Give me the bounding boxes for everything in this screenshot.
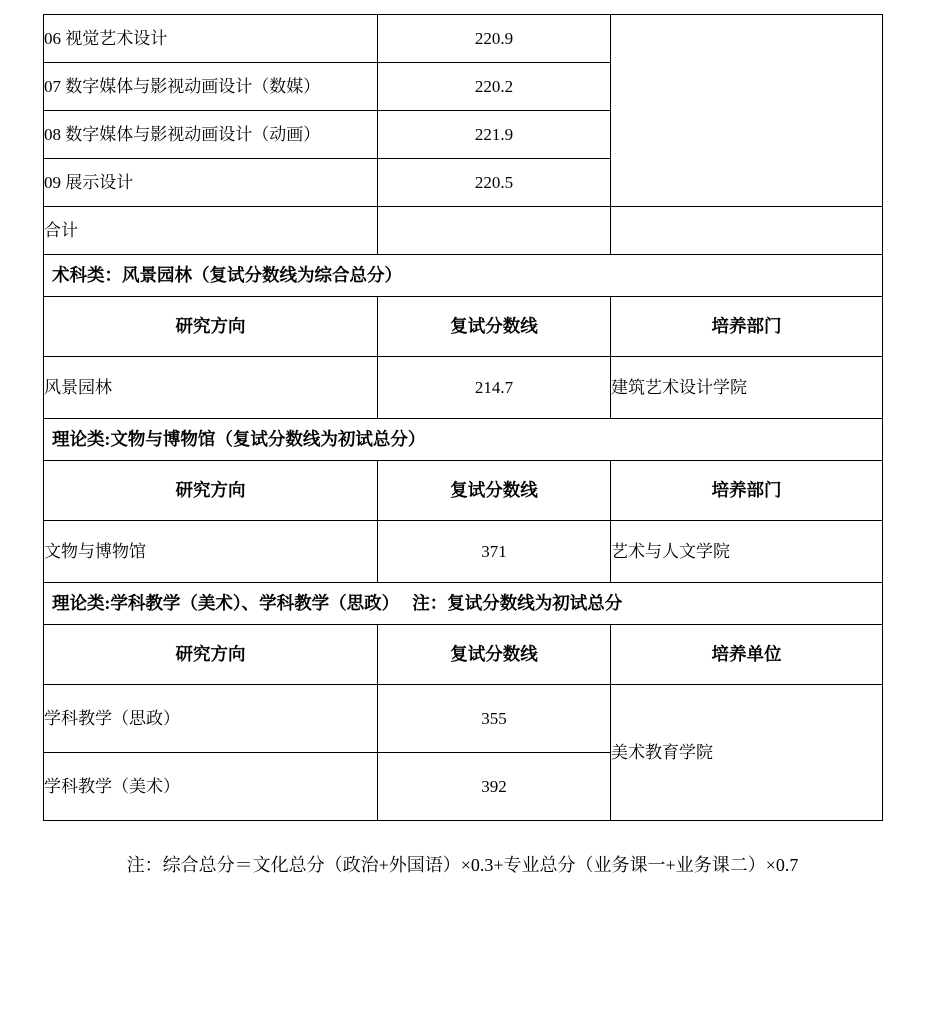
dept-cell-merged: 美术教育学院 bbox=[611, 685, 883, 821]
column-header-dept: 培养部门 bbox=[611, 297, 883, 357]
column-header-direction: 研究方向 bbox=[44, 461, 378, 521]
document-page: 06 视觉艺术设计 220.9 07 数字媒体与影视动画设计（数媒） 220.2… bbox=[0, 0, 925, 1026]
column-header-direction: 研究方向 bbox=[44, 625, 378, 685]
dept-cell-empty bbox=[611, 15, 883, 207]
column-header-row: 研究方向 复试分数线 培养单位 bbox=[44, 625, 883, 685]
score-cell: 392 bbox=[378, 753, 611, 821]
column-header-score: 复试分数线 bbox=[378, 461, 611, 521]
column-header-direction: 研究方向 bbox=[44, 297, 378, 357]
direction-cell: 学科教学（美术） bbox=[44, 753, 378, 821]
direction-cell: 学科教学（思政） bbox=[44, 685, 378, 753]
score-cell: 220.5 bbox=[378, 159, 611, 207]
direction-cell: 风景园林 bbox=[44, 357, 378, 419]
column-header-score: 复试分数线 bbox=[378, 625, 611, 685]
score-cell bbox=[378, 207, 611, 255]
column-header-unit: 培养单位 bbox=[611, 625, 883, 685]
direction-cell: 合计 bbox=[44, 207, 378, 255]
column-header-row: 研究方向 复试分数线 培养部门 bbox=[44, 297, 883, 357]
direction-cell: 文物与博物馆 bbox=[44, 521, 378, 583]
footnote: 注：综合总分＝文化总分（政治+外国语）×0.3+专业总分（业务课一+业务课二）×… bbox=[0, 850, 925, 880]
column-header-dept: 培养部门 bbox=[611, 461, 883, 521]
dept-cell-empty bbox=[611, 207, 883, 255]
score-cell: 371 bbox=[378, 521, 611, 583]
table-row: 学科教学（思政） 355 美术教育学院 bbox=[44, 685, 883, 753]
direction-cell: 06 视觉艺术设计 bbox=[44, 15, 378, 63]
score-cell: 220.9 bbox=[378, 15, 611, 63]
section-title: 理论类:学科教学（美术）、学科教学（思政） 注：复试分数线为初试总分 bbox=[44, 583, 883, 625]
dept-cell: 建筑艺术设计学院 bbox=[611, 357, 883, 419]
dept-cell: 艺术与人文学院 bbox=[611, 521, 883, 583]
section-title-row: 理论类:文物与博物馆（复试分数线为初试总分） bbox=[44, 419, 883, 461]
table-row: 06 视觉艺术设计 220.9 bbox=[44, 15, 883, 63]
column-header-row: 研究方向 复试分数线 培养部门 bbox=[44, 461, 883, 521]
direction-cell: 07 数字媒体与影视动画设计（数媒） bbox=[44, 63, 378, 111]
score-table: 06 视觉艺术设计 220.9 07 数字媒体与影视动画设计（数媒） 220.2… bbox=[43, 14, 883, 821]
score-cell: 220.2 bbox=[378, 63, 611, 111]
table-row: 文物与博物馆 371 艺术与人文学院 bbox=[44, 521, 883, 583]
section-title-row: 理论类:学科教学（美术）、学科教学（思政） 注：复试分数线为初试总分 bbox=[44, 583, 883, 625]
section-title: 术科类：风景园林（复试分数线为综合总分） bbox=[44, 255, 883, 297]
table-row-total: 合计 bbox=[44, 207, 883, 255]
direction-cell: 08 数字媒体与影视动画设计（动画） bbox=[44, 111, 378, 159]
direction-cell: 09 展示设计 bbox=[44, 159, 378, 207]
column-header-score: 复试分数线 bbox=[378, 297, 611, 357]
score-cell: 355 bbox=[378, 685, 611, 753]
score-cell: 214.7 bbox=[378, 357, 611, 419]
table-row: 风景园林 214.7 建筑艺术设计学院 bbox=[44, 357, 883, 419]
section-title-row: 术科类：风景园林（复试分数线为综合总分） bbox=[44, 255, 883, 297]
score-cell: 221.9 bbox=[378, 111, 611, 159]
section-title: 理论类:文物与博物馆（复试分数线为初试总分） bbox=[44, 419, 883, 461]
